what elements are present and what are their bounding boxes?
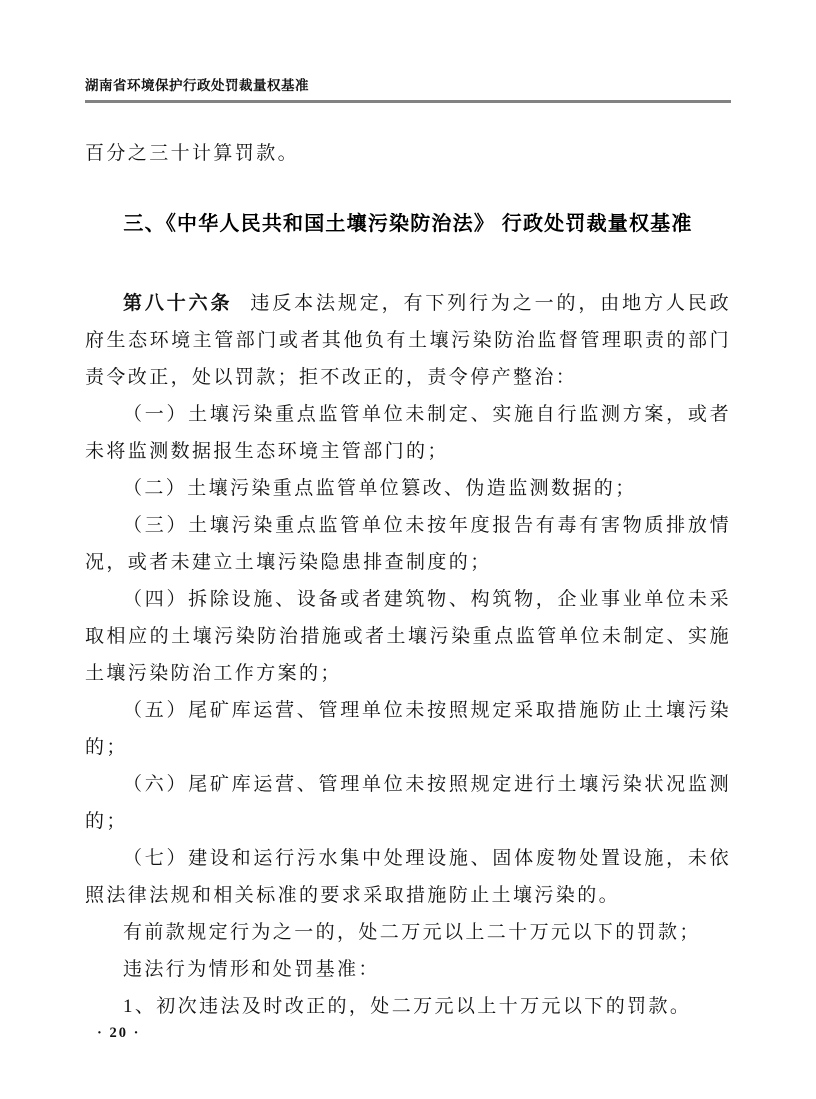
page-number: · 20 · bbox=[97, 1025, 140, 1041]
item-5-paragraph: （五）尾矿库运营、管理单位未按照规定采取措施防止土壤污染的； bbox=[85, 692, 731, 766]
penalty-paragraph: 有前款规定行为之一的，处二万元以上二十万元以下的罚款； bbox=[85, 914, 731, 951]
article-86-number: 第八十六条 bbox=[123, 293, 250, 314]
section-title: 三、《中华人民共和国土壤污染防治法》 行政处罚裁量权基准 bbox=[85, 209, 731, 239]
item-3-paragraph: （三）土壤污染重点监管单位未按年度报告有毒有害物质排放情况，或者未建立土壤污染隐… bbox=[85, 507, 731, 581]
item-4-paragraph: （四）拆除设施、设备或者建筑物、构筑物，企业事业单位未采取相应的土壤污染防治措施… bbox=[85, 581, 731, 692]
standards-label-paragraph: 违法行为情形和处罚基准： bbox=[85, 951, 731, 988]
page-footer: · 20 · bbox=[97, 1024, 140, 1042]
item-7-paragraph: （七）建设和运行污水集中处理设施、固体废物处置设施，未依照法律法规和相关标准的要… bbox=[85, 840, 731, 914]
continuation-paragraph: 百分之三十计算罚款。 bbox=[85, 135, 731, 172]
running-header-title: 湖南省环境保护行政处罚裁量权基准 bbox=[85, 78, 731, 94]
article-86-paragraph: 第八十六条违反本法规定，有下列行为之一的，由地方人民政府生态环境主管部门或者其他… bbox=[85, 285, 731, 396]
running-header: 湖南省环境保护行政处罚裁量权基准 bbox=[85, 78, 731, 103]
item-6-paragraph: （六）尾矿库运营、管理单位未按照规定进行土壤污染状况监测的； bbox=[85, 766, 731, 840]
item-1-paragraph: （一）土壤污染重点监管单位未制定、实施自行监测方案，或者未将监测数据报生态环境主… bbox=[85, 396, 731, 470]
standard-1-paragraph: 1、初次违法及时改正的，处二万元以上十万元以下的罚款。 bbox=[85, 988, 731, 1025]
document-page: 湖南省环境保护行政处罚裁量权基准 百分之三十计算罚款。 三、《中华人民共和国土壤… bbox=[0, 0, 816, 1099]
document-body: 百分之三十计算罚款。 三、《中华人民共和国土壤污染防治法》 行政处罚裁量权基准 … bbox=[85, 135, 731, 1025]
item-2-paragraph: （二）土壤污染重点监管单位篡改、伪造监测数据的； bbox=[85, 470, 731, 507]
